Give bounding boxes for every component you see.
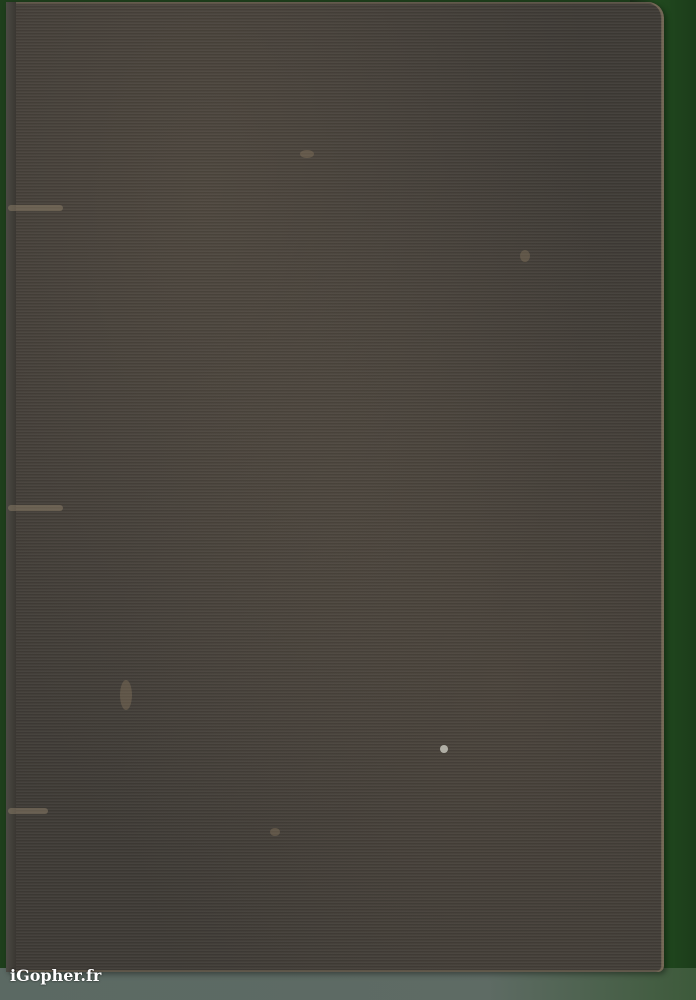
wear-spot (120, 680, 132, 710)
book-cover (6, 2, 664, 972)
wear-spot (300, 150, 314, 158)
book-spine-edge (6, 2, 16, 972)
hinge-mark-middle (8, 505, 63, 511)
hinge-mark-bottom (8, 808, 48, 814)
watermark-text: iGopher.fr (10, 966, 101, 985)
wear-spot (440, 745, 448, 753)
wear-spot (270, 828, 280, 836)
photo-scene: iGopher.fr (0, 0, 696, 1000)
wear-spot (520, 250, 530, 262)
bottom-surface (0, 968, 696, 1000)
hinge-mark-top (8, 205, 63, 211)
